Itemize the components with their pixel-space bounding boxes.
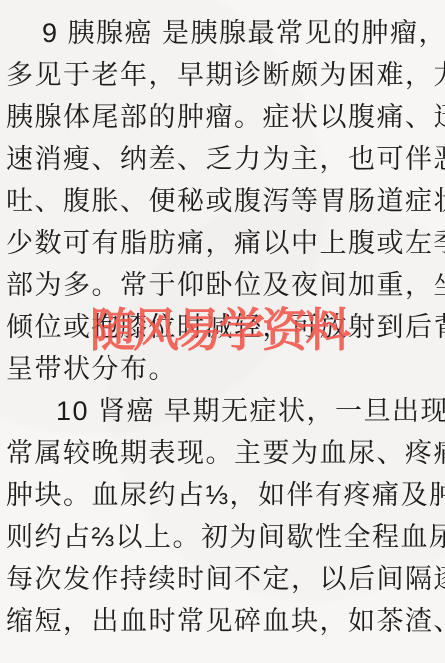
text-line: 缩短，出血时常见碎血块，如茶渣、披分 — [6, 600, 441, 642]
text-line: 则约占⅔以上。初为间歇性全程血尿， — [6, 516, 441, 558]
text-line: 部为多。常于仰卧位及夜间加重，坐立前 — [6, 264, 441, 306]
text-line: 常属较晚期表现。主要为血尿、疼痛及 — [6, 432, 441, 474]
text-line: 少数可有脂肪痛，痛以中上腹或左季肋 — [6, 222, 441, 264]
text-line: 10 肾癌 早期无症状，一旦出现症状， — [6, 390, 441, 432]
text-line: 倾位或抱膝位时减轻，可放射到后背，或 — [6, 306, 441, 348]
text-line: 胰腺体尾部的肿瘤。症状以腹痛、迅 — [6, 96, 441, 138]
text-line: 肿块。血尿约占⅓，如伴有疼痛及肿块， — [6, 474, 441, 516]
scanned-page: 9 胰腺癌 是胰腺最常见的肿瘤， 多见于老年，早期诊断颇为困难，尤其是 胰腺体尾… — [0, 0, 445, 663]
text-line: 9 胰腺癌 是胰腺最常见的肿瘤， — [6, 12, 441, 54]
text-line: 呈带状分布。 — [6, 348, 441, 390]
text-line: 每次发作持续时间不定，以后间隔逐渐 — [6, 558, 441, 600]
text-line: 多见于老年，早期诊断颇为困难，尤其是 — [6, 54, 441, 96]
text-line: 吐、腹胀、便秘或腹泻等胃肠道症状。 — [6, 180, 441, 222]
text-line: 速消瘦、纳差、乏力为主，也可伴恶心、呕 — [6, 138, 441, 180]
